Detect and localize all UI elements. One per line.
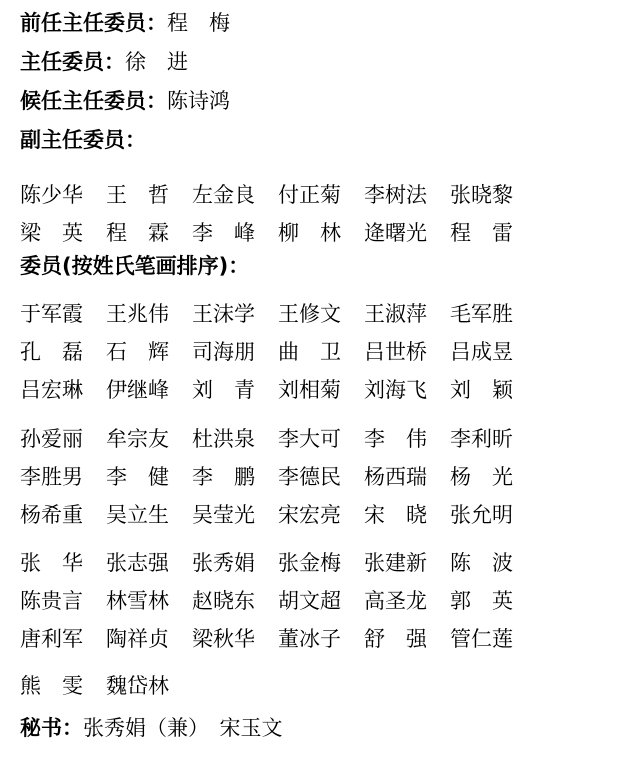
member-name: 宋宏亮 — [278, 505, 342, 526]
vice-chairs-label: 副主任委员： — [20, 130, 146, 151]
member-name: 陈贵言 — [20, 591, 84, 612]
member-name: 吕宏琳 — [20, 380, 84, 401]
member-name: 吴莹光 — [192, 505, 256, 526]
vice-chair-row-1: 陈少华 王 哲 左金良 付正菊 李树法 张晓黎 — [20, 176, 641, 214]
member-name: 高圣龙 — [364, 591, 428, 612]
member-name: 李 鹏 — [192, 467, 256, 488]
former-chair-line: 前任主任委员：程 梅 — [20, 4, 641, 43]
member-name: 李 健 — [106, 467, 170, 488]
member-row-2: 孔 磊 石 辉 司海朋 曲 卫 吕世桥 吕成昱 — [20, 333, 641, 371]
member-name: 吕成昱 — [450, 342, 514, 363]
member-name: 舒 强 — [364, 629, 428, 650]
member-name: 梁秋华 — [192, 629, 256, 650]
member-name: 李大可 — [278, 429, 342, 450]
member-name: 李 伟 — [364, 429, 428, 450]
vice-chair-name: 程 雷 — [450, 223, 514, 244]
vice-chair-name: 李 峰 — [192, 223, 256, 244]
chair-elect-name: 陈诗鸿 — [167, 91, 230, 112]
member-name: 管仁莲 — [450, 629, 514, 650]
member-name: 刘 颖 — [450, 380, 514, 401]
member-row-1: 于军霞 王兆伟 王沫学 王修文 王淑萍 毛军胜 — [20, 295, 641, 333]
member-name: 魏岱林 — [106, 676, 170, 697]
member-name: 李利昕 — [450, 429, 514, 450]
vice-chair-name: 陈少华 — [20, 185, 84, 206]
member-name: 林雪林 — [106, 591, 170, 612]
member-name: 郭 英 — [450, 591, 514, 612]
member-row-7: 张 华 张志强 张秀娟 张金梅 张建新 陈 波 — [20, 544, 641, 582]
member-name: 刘相菊 — [278, 380, 342, 401]
member-row-4: 孙爱丽 牟宗友 杜洪泉 李大可 李 伟 李利昕 — [20, 420, 641, 458]
chair-line: 主任委员：徐 进 — [20, 43, 641, 82]
vice-chair-name: 张晓黎 — [450, 185, 514, 206]
chair-name: 徐 进 — [125, 52, 188, 73]
member-name: 吴立生 — [106, 505, 170, 526]
member-name: 熊 雯 — [20, 676, 84, 697]
secretary-names: 张秀娟（兼） 宋玉文 — [83, 718, 283, 739]
member-name: 王兆伟 — [106, 304, 170, 325]
member-row-6: 杨希重 吴立生 吴莹光 宋宏亮 宋 晓 张允明 — [20, 496, 641, 534]
member-name: 王沫学 — [192, 304, 256, 325]
vice-chair-name: 逄曙光 — [364, 223, 428, 244]
member-row-5: 李胜男 李 健 李 鹏 李德民 杨西瑞 杨 光 — [20, 458, 641, 496]
member-name: 孙爱丽 — [20, 429, 84, 450]
chair-elect-line: 候任主任委员：陈诗鸿 — [20, 82, 641, 121]
member-name: 张允明 — [450, 505, 514, 526]
member-name: 张建新 — [364, 553, 428, 574]
member-name: 陶祥贞 — [106, 629, 170, 650]
member-name: 杜洪泉 — [192, 429, 256, 450]
member-name: 刘 青 — [192, 380, 256, 401]
member-name: 牟宗友 — [106, 429, 170, 450]
member-name: 宋 晓 — [364, 505, 428, 526]
committee-document: 前任主任委员：程 梅 主任委员：徐 进 候任主任委员：陈诗鸿 副主任委员： 陈少… — [0, 0, 641, 747]
member-name: 吕世桥 — [364, 342, 428, 363]
member-name: 张金梅 — [278, 553, 342, 574]
vice-chair-name: 柳 林 — [278, 223, 342, 244]
vice-chair-name: 程 霖 — [106, 223, 170, 244]
member-name: 孔 磊 — [20, 342, 84, 363]
member-name: 司海朋 — [192, 342, 256, 363]
member-name: 刘海飞 — [364, 380, 428, 401]
members-heading-line: 委员(按姓氏笔画排序)： — [20, 247, 641, 285]
vice-chair-name: 李树法 — [364, 185, 428, 206]
member-name: 杨希重 — [20, 505, 84, 526]
member-name: 毛军胜 — [450, 304, 514, 325]
member-name: 王淑萍 — [364, 304, 428, 325]
member-name: 李德民 — [278, 467, 342, 488]
member-name: 伊继峰 — [106, 380, 170, 401]
vice-chair-name: 左金良 — [192, 185, 256, 206]
member-name: 张秀娟 — [192, 553, 256, 574]
member-name: 胡文超 — [278, 591, 342, 612]
member-name: 杨西瑞 — [364, 467, 428, 488]
member-name: 张 华 — [20, 553, 84, 574]
member-name: 杨 光 — [450, 467, 514, 488]
member-name: 董冰子 — [278, 629, 342, 650]
member-name: 李胜男 — [20, 467, 84, 488]
member-row-10: 熊 雯 魏岱林 — [20, 667, 641, 705]
vice-chair-name: 梁 英 — [20, 223, 84, 244]
member-name: 陈 波 — [450, 553, 514, 574]
former-chair-label: 前任主任委员： — [20, 13, 167, 34]
member-row-9: 唐利军 陶祥贞 梁秋华 董冰子 舒 强 管仁莲 — [20, 620, 641, 658]
vice-chair-name: 付正菊 — [278, 185, 342, 206]
chair-label: 主任委员： — [20, 52, 125, 73]
former-chair-name: 程 梅 — [167, 13, 230, 34]
members-label: 委员(按姓氏笔画排序)： — [20, 256, 249, 277]
member-name: 赵晓东 — [192, 591, 256, 612]
chair-elect-label: 候任主任委员： — [20, 91, 167, 112]
member-name: 于军霞 — [20, 304, 84, 325]
secretary-line: 秘书：张秀娟（兼） 宋玉文 — [20, 709, 641, 747]
member-row-8: 陈贵言 林雪林 赵晓东 胡文超 高圣龙 郭 英 — [20, 582, 641, 620]
member-name: 张志强 — [106, 553, 170, 574]
vice-chairs-heading-line: 副主任委员： — [20, 121, 641, 160]
vice-chair-name: 王 哲 — [106, 185, 170, 206]
member-name: 唐利军 — [20, 629, 84, 650]
member-row-3: 吕宏琳 伊继峰 刘 青 刘相菊 刘海飞 刘 颖 — [20, 371, 641, 409]
secretary-label: 秘书： — [20, 718, 83, 739]
member-name: 王修文 — [278, 304, 342, 325]
member-name: 石 辉 — [106, 342, 170, 363]
member-name: 曲 卫 — [278, 342, 342, 363]
